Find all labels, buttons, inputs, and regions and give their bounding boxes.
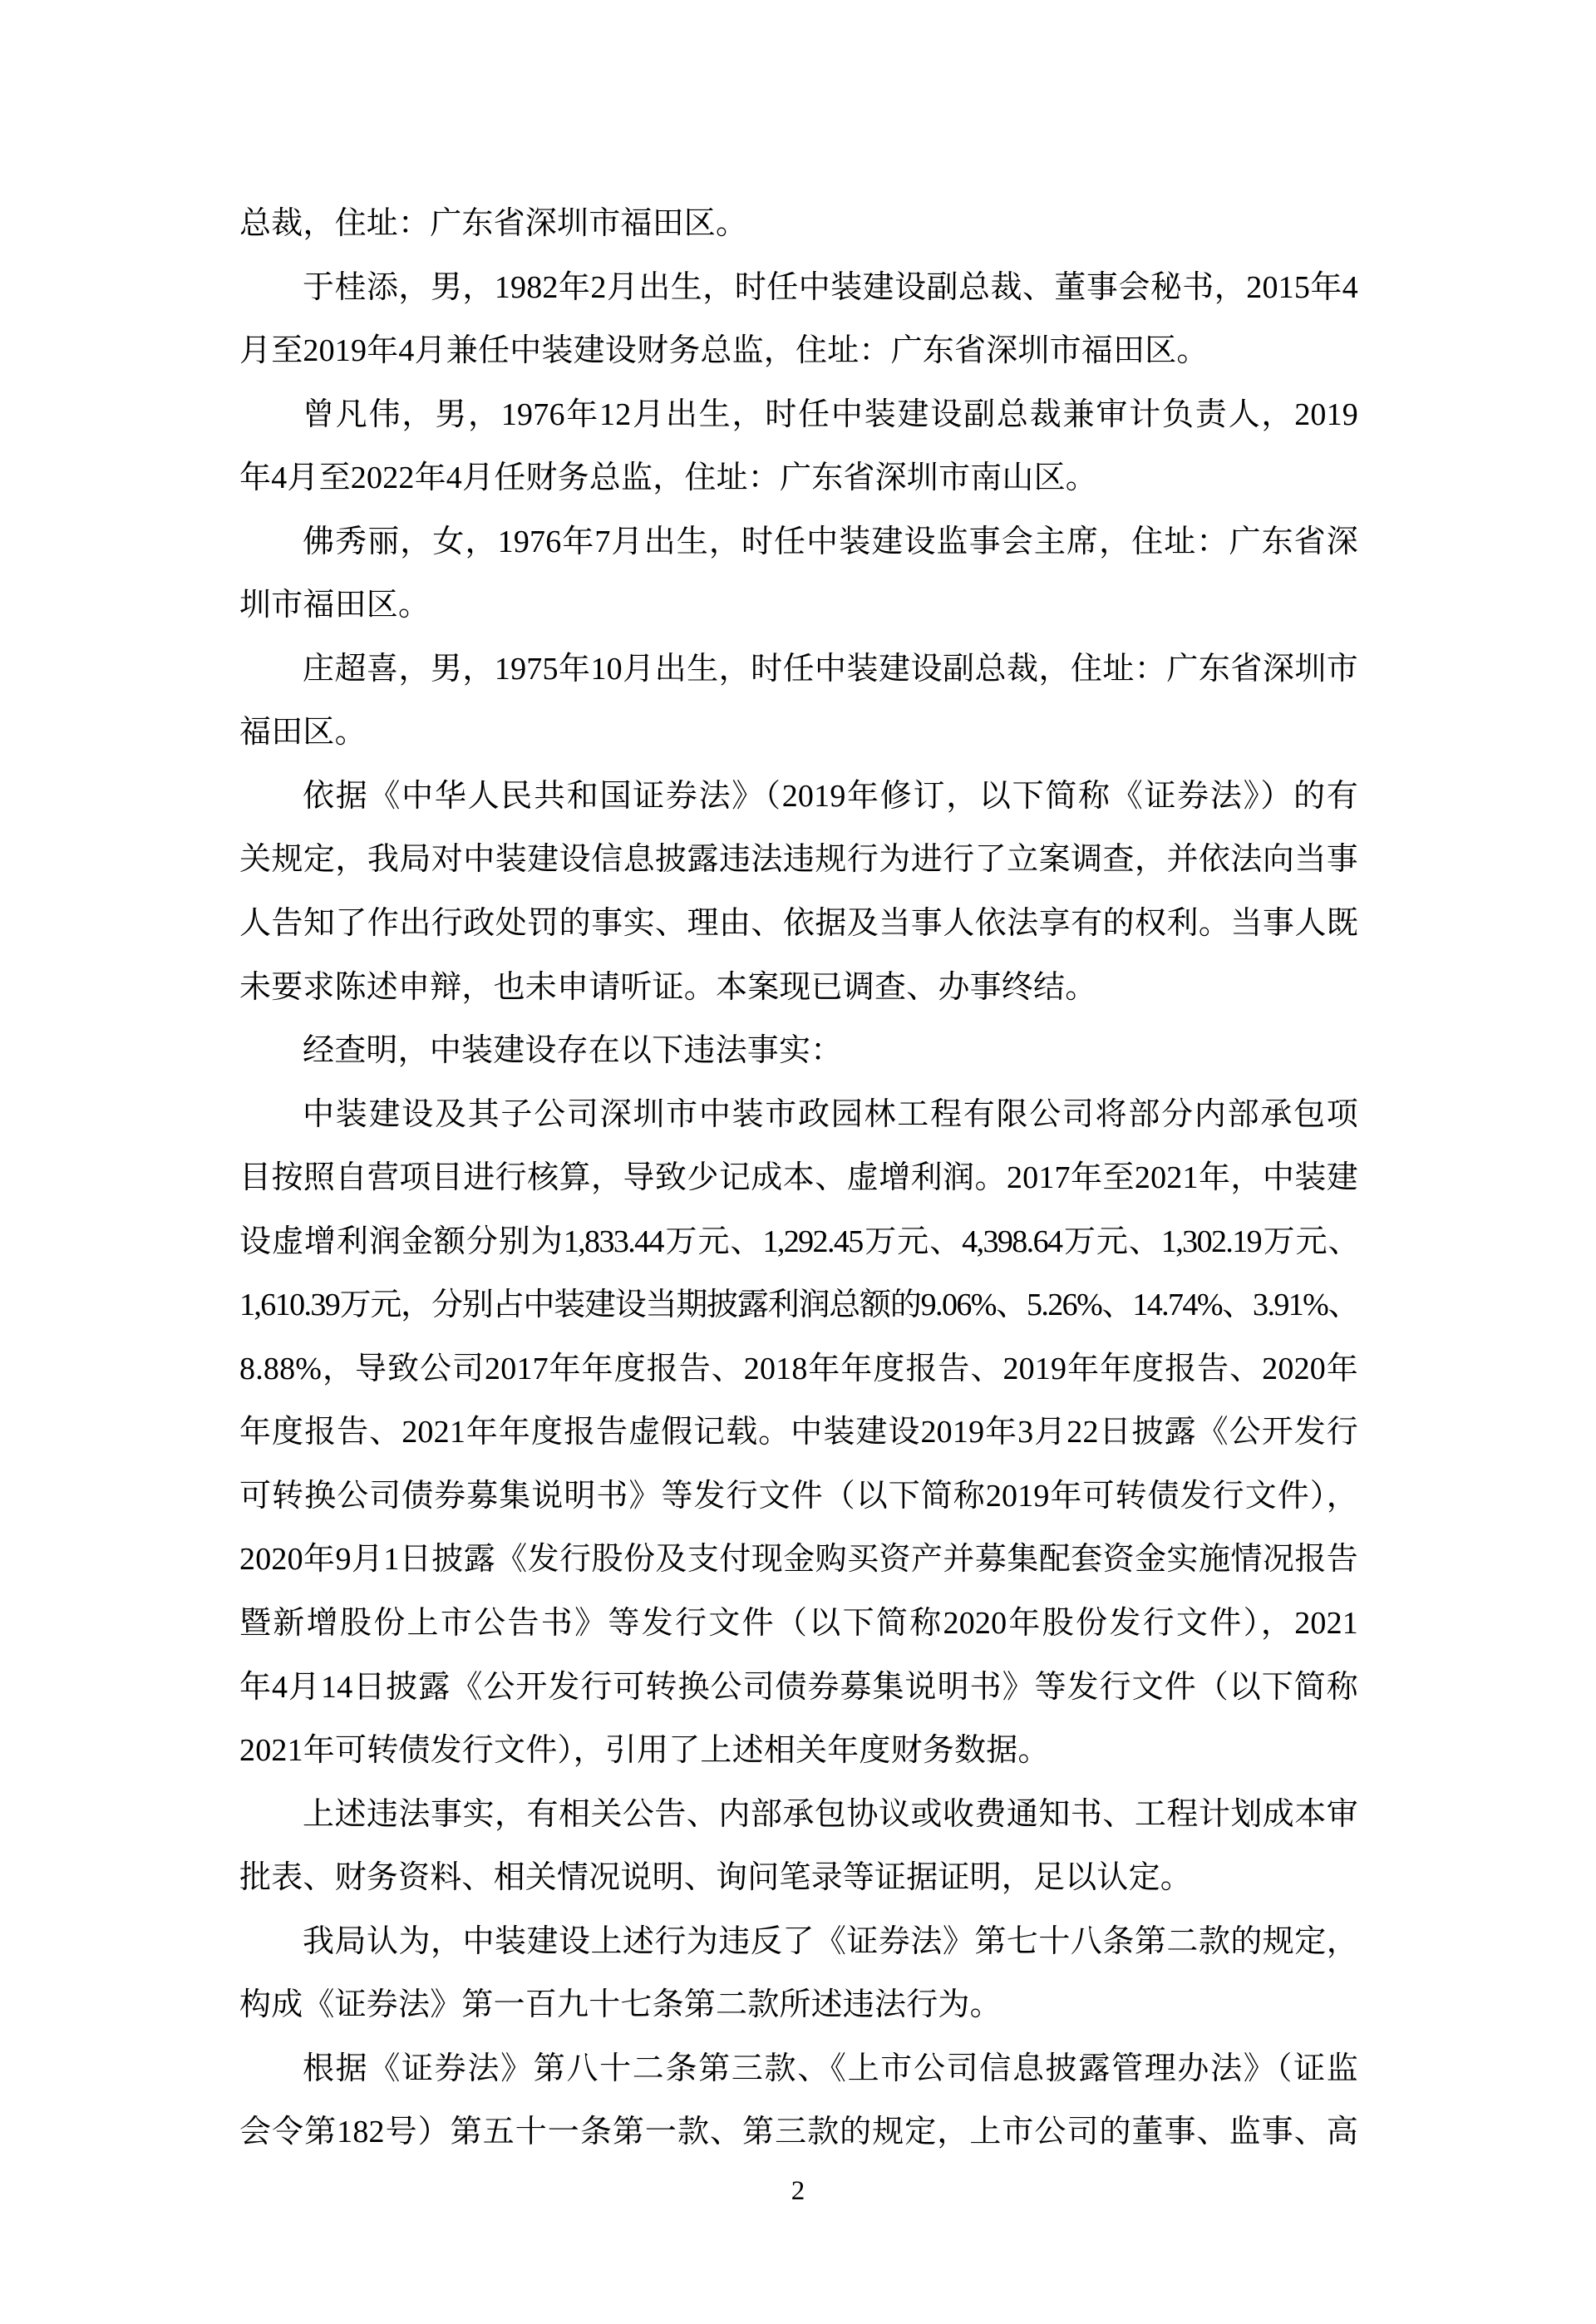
text-line: 目按照自营项目进行核算，导致少记成本、虚增利润。2017年至2021年，中装建 xyxy=(239,1146,1358,1210)
text-line: 设虚增利润金额分别为1,833.44万元、1,292.45万元、4,398.64… xyxy=(239,1210,1358,1274)
text-line: 8.88%，导致公司2017年年度报告、2018年年度报告、2019年年度报告、… xyxy=(239,1337,1358,1401)
document-body: 总裁，住址：广东省深圳市福田区。于桂添，男，1982年2月出生，时任中装建设副总… xyxy=(239,192,1358,2164)
text-line: 构成《证券法》第一百九十七条第二款所述违法行为。 xyxy=(239,1973,1358,2037)
text-line: 年度报告、2021年年度报告虚假记载。中装建设2019年3月22日披露《公开发行 xyxy=(239,1401,1358,1465)
text-line: 1,610.39万元，分别占中装建设当期披露利润总额的9.06%、5.26%、1… xyxy=(239,1273,1358,1337)
text-line: 关规定，我局对中装建设信息披露违法违规行为进行了立案调查，并依法向当事 xyxy=(239,828,1358,892)
text-line: 上述违法事实，有相关公告、内部承包协议或收费通知书、工程计划成本审 xyxy=(239,1783,1358,1847)
text-line: 会令第182号）第五十一条第一款、第三款的规定，上市公司的董事、监事、高 xyxy=(239,2100,1358,2164)
text-line: 人告知了作出行政处罚的事实、理由、依据及当事人依法享有的权利。当事人既 xyxy=(239,892,1358,956)
text-line: 总裁，住址：广东省深圳市福田区。 xyxy=(239,192,1358,256)
text-line: 2020年9月1日披露《发行股份及支付现金购买资产并募集配套资金实施情况报告 xyxy=(239,1528,1358,1592)
text-line: 暨新增股份上市公告书》等发行文件（以下简称2020年股份发行文件），2021 xyxy=(239,1592,1358,1656)
text-line: 根据《证券法》第八十二条第三款、《上市公司信息披露管理办法》（证监 xyxy=(239,2037,1358,2101)
text-line: 2021年可转债发行文件），引用了上述相关年度财务数据。 xyxy=(239,1719,1358,1783)
text-line: 经查明，中装建设存在以下违法事实： xyxy=(239,1019,1358,1083)
text-line: 我局认为，中装建设上述行为违反了《证券法》第七十八条第二款的规定， xyxy=(239,1910,1358,1974)
text-line: 中装建设及其子公司深圳市中装市政园林工程有限公司将部分内部承包项 xyxy=(239,1083,1358,1147)
text-line: 年4月14日披露《公开发行可转换公司债券募集说明书》等发行文件（以下简称 xyxy=(239,1656,1358,1720)
text-line: 未要求陈述申辩，也未申请听证。本案现已调查、办事终结。 xyxy=(239,956,1358,1020)
text-line: 圳市福田区。 xyxy=(239,574,1358,638)
text-line: 批表、财务资料、相关情况说明、询问笔录等证据证明，足以认定。 xyxy=(239,1846,1358,1910)
text-line: 依据《中华人民共和国证券法》（2019年修订，以下简称《证券法》）的有 xyxy=(239,765,1358,829)
text-line: 福田区。 xyxy=(239,701,1358,765)
page-number: 2 xyxy=(0,2166,1596,2216)
text-line: 月至2019年4月兼任中装建设财务总监，住址：广东省深圳市福田区。 xyxy=(239,319,1358,383)
text-line: 庄超喜，男，1975年10月出生，时任中装建设副总裁，住址：广东省深圳市 xyxy=(239,638,1358,702)
text-line: 曾凡伟，男，1976年12月出生，时任中装建设副总裁兼审计负责人，2019 xyxy=(239,383,1358,447)
text-line: 佛秀丽，女，1976年7月出生，时任中装建设监事会主席，住址：广东省深 xyxy=(239,510,1358,574)
text-line: 于桂添，男，1982年2月出生，时任中装建设副总裁、董事会秘书，2015年4 xyxy=(239,256,1358,320)
document-page: 总裁，住址：广东省深圳市福田区。于桂添，男，1982年2月出生，时任中装建设副总… xyxy=(0,0,1596,2324)
text-line: 年4月至2022年4月任财务总监，住址：广东省深圳市南山区。 xyxy=(239,446,1358,510)
text-line: 可转换公司债券募集说明书》等发行文件（以下简称2019年可转债发行文件）， xyxy=(239,1465,1358,1529)
